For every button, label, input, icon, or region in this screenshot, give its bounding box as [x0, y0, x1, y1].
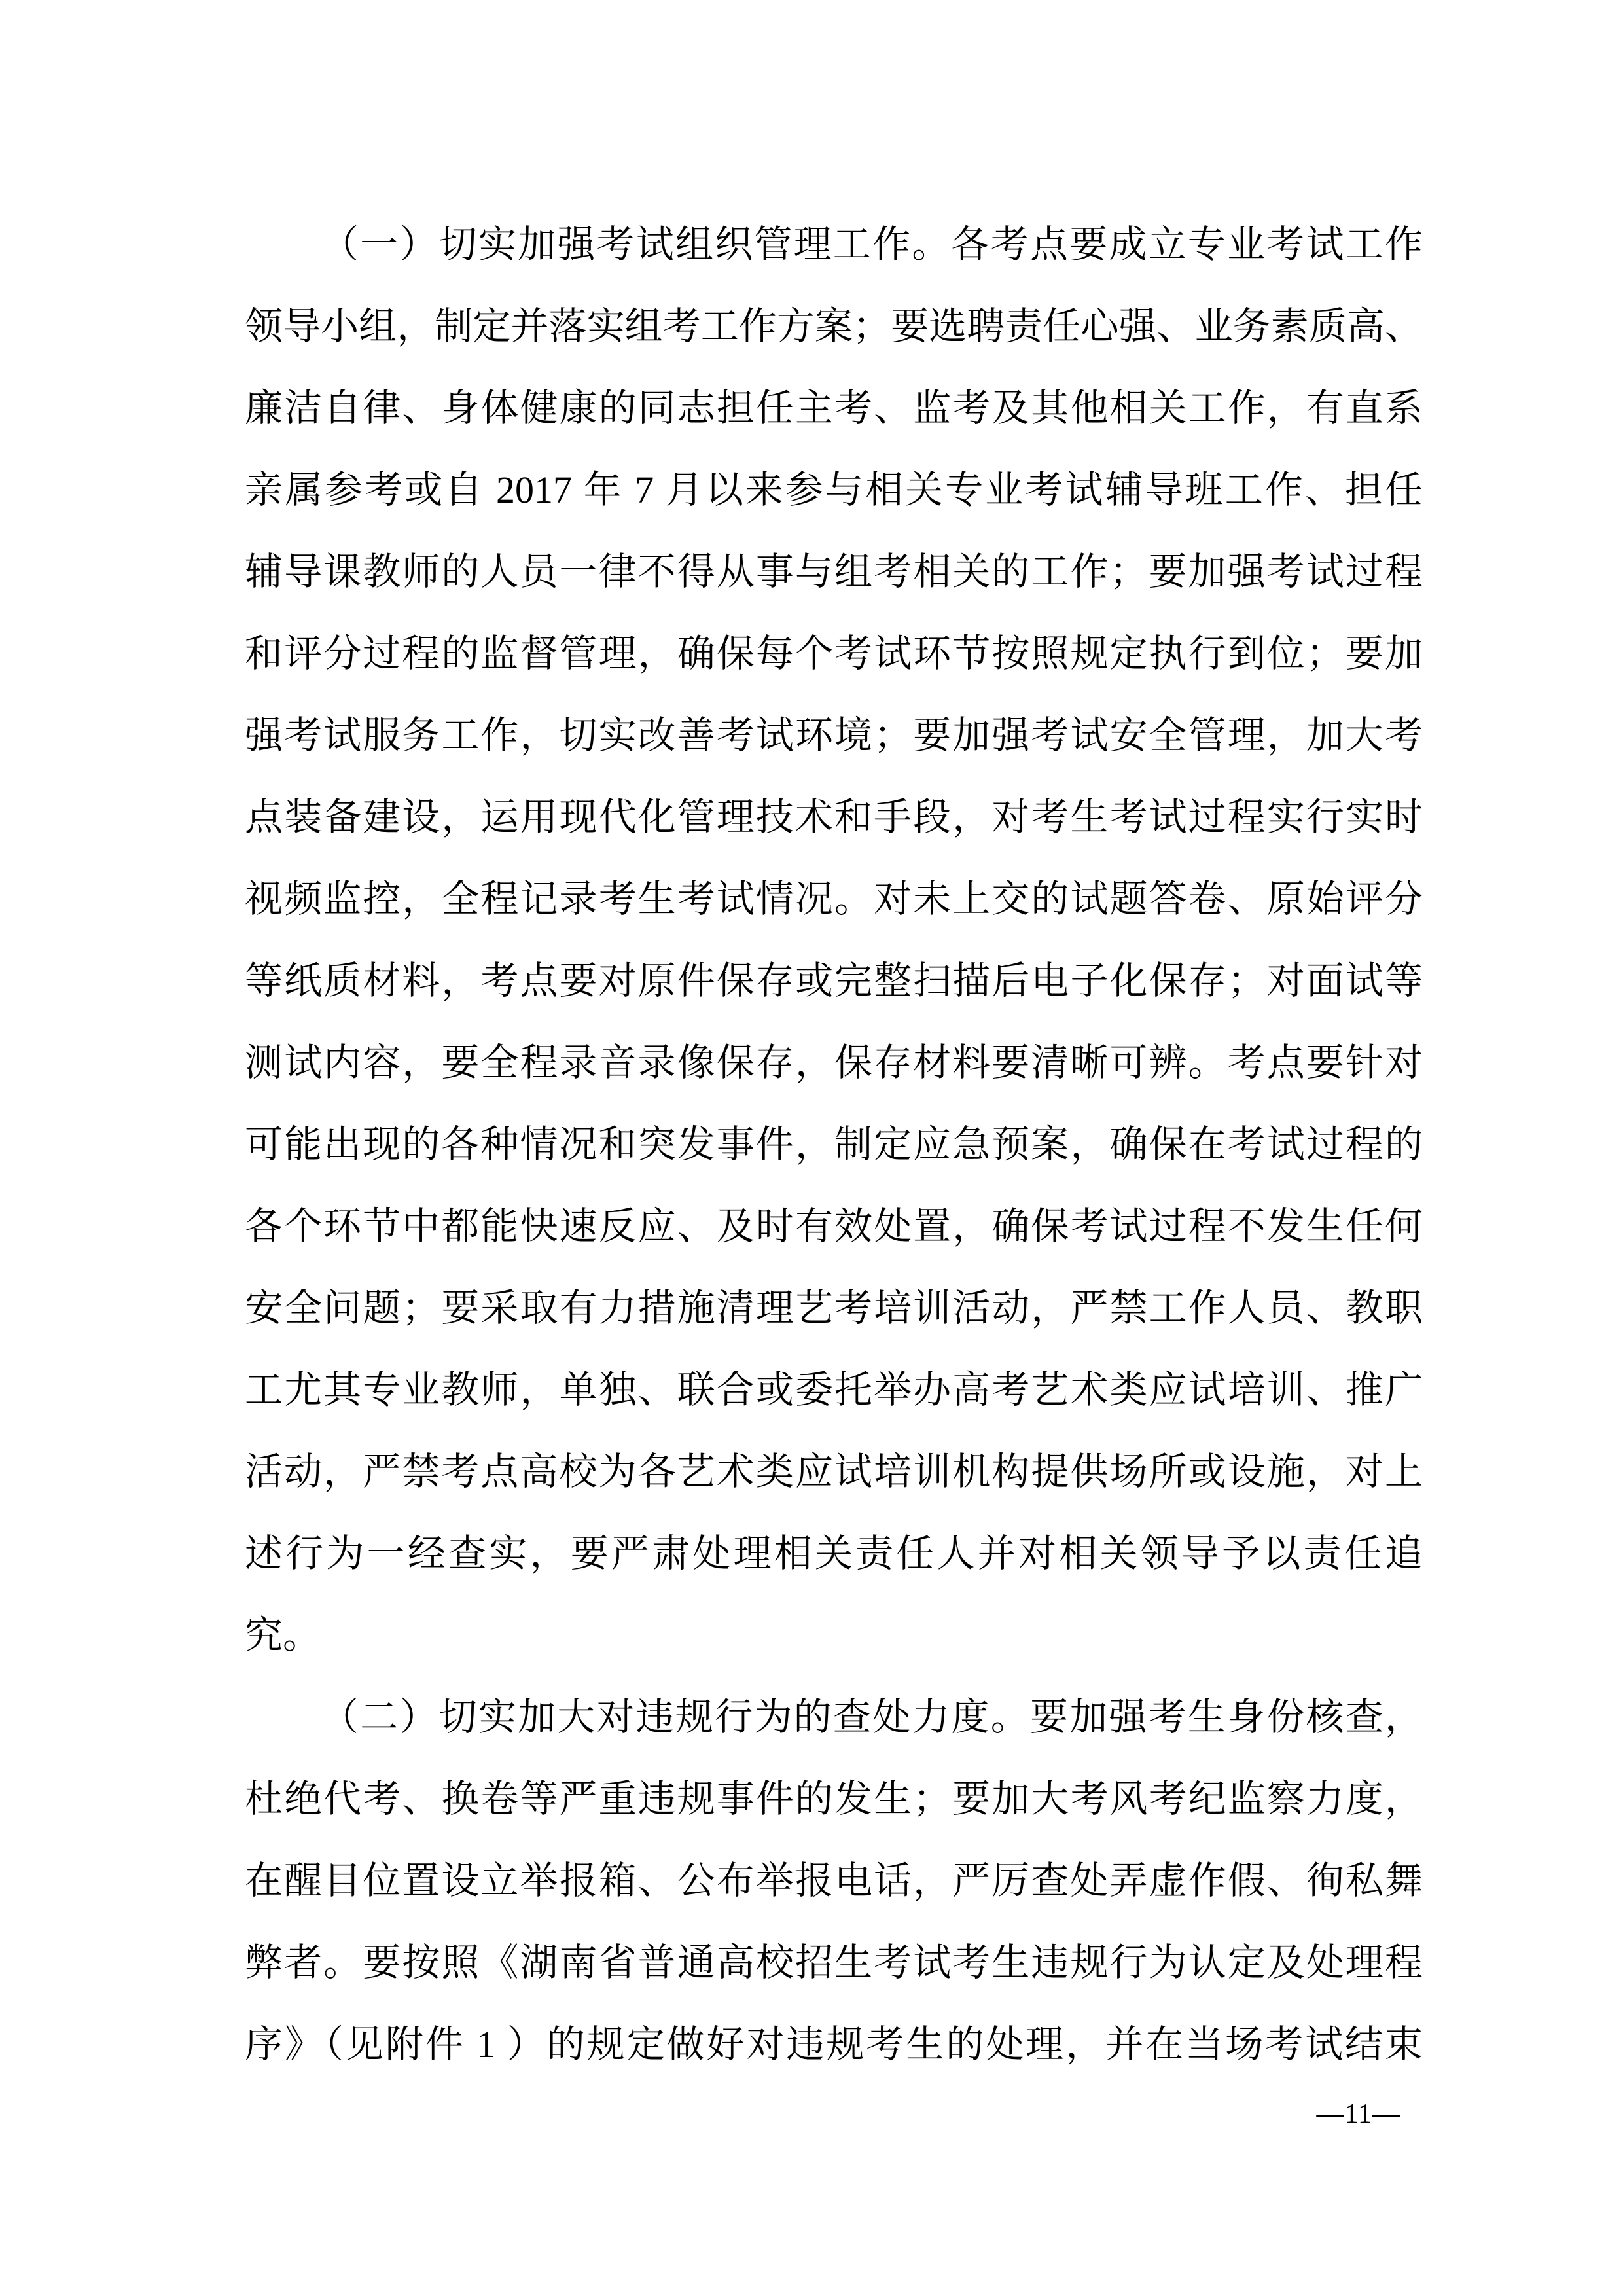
text-line: 活动，严禁考点高校为各艺术类应试培训机构提供场所或设施，对上 — [245, 1431, 1423, 1513]
text-line: 和评分过程的监督管理，确保每个考试环节按照规定执行到位；要加 — [245, 613, 1423, 694]
text-line: 测试内容，要全程录音录像保存，保存材料要清晰可辨。考点要针对 — [245, 1022, 1423, 1103]
text-line: 廉洁自律、身体健康的同志担任主考、监考及其他相关工作，有直系 — [245, 367, 1423, 449]
text-line: （一）切实加强考试组织管理工作。各考点要成立专业考试工作 — [245, 204, 1423, 285]
text-line: 序》（见附件 1 ）的规定做好对违规考生的处理，并在当场考试结束 — [245, 2003, 1423, 2085]
text-line: 工尤其专业教师，单独、联合或委托举办高考艺术类应试培训、推广 — [245, 1349, 1423, 1431]
text-line: 辅导课教师的人员一律不得从事与组考相关的工作；要加强考试过程 — [245, 531, 1423, 613]
page-number: —11— — [1317, 2097, 1400, 2131]
text-line: 在醒目位置设立举报箱、公布举报电话，严厉查处弄虚作假、徇私舞 — [245, 1840, 1423, 1922]
text-line: 点装备建设，运用现代化管理技术和手段，对考生考试过程实行实时 — [245, 776, 1423, 858]
text-line: 等纸质材料，考点要对原件保存或完整扫描后电子化保存；对面试等 — [245, 940, 1423, 1022]
text-line: 可能出现的各种情况和突发事件，制定应急预案，确保在考试过程的 — [245, 1103, 1423, 1185]
text-line: 弊者。要按照《湖南省普通高校招生考试考生违规行为认定及处理程 — [245, 1922, 1423, 2003]
text-line: 述行为一经查实，要严肃处理相关责任人并对相关领导予以责任追 — [245, 1513, 1423, 1594]
text-line: 究。 — [245, 1594, 1423, 1676]
text-line: 领导小组，制定并落实组考工作方案；要选聘责任心强、业务素质高、 — [245, 285, 1423, 367]
document-body: （一）切实加强考试组织管理工作。各考点要成立专业考试工作领导小组，制定并落实组考… — [245, 204, 1423, 2085]
text-line: （二）切实加大对违规行为的查处力度。要加强考生身份核查， — [245, 1676, 1423, 1758]
text-line: 视频监控，全程记录考生考试情况。对未上交的试题答卷、原始评分 — [245, 858, 1423, 940]
document-page: （一）切实加强考试组织管理工作。各考点要成立专业考试工作领导小组，制定并落实组考… — [0, 0, 1623, 2296]
text-line: 各个环节中都能快速反应、及时有效处置，确保考试过程不发生任何 — [245, 1185, 1423, 1267]
text-line: 安全问题；要采取有力措施清理艺考培训活动，严禁工作人员、教职 — [245, 1267, 1423, 1349]
text-line: 杜绝代考、换卷等严重违规事件的发生；要加大考风考纪监察力度， — [245, 1758, 1423, 1840]
text-line: 亲属参考或自 2017 年 7 月以来参与相关专业考试辅导班工作、担任 — [245, 449, 1423, 531]
text-line: 强考试服务工作，切实改善考试环境；要加强考试安全管理，加大考 — [245, 694, 1423, 776]
